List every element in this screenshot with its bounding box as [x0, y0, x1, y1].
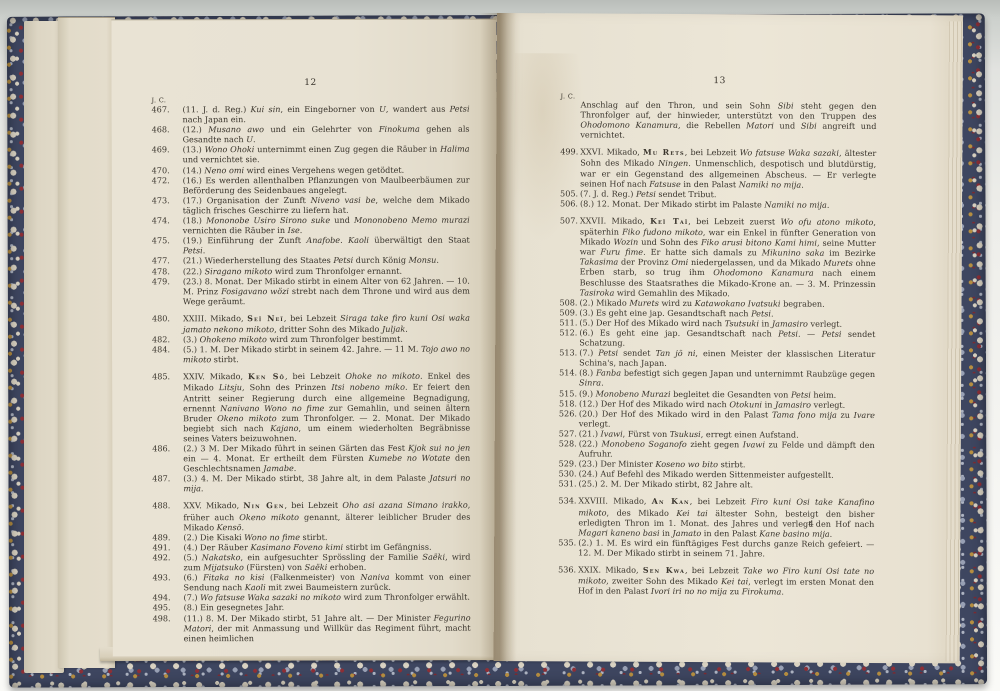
entry-number: 498. — [153, 613, 184, 643]
catalog-entry: 499.XXVI. Mikado, Mu Rets, bei Lebzeit W… — [560, 147, 876, 190]
entry-text: (14.) Neno omi wird eines Vergehens wege… — [183, 164, 470, 175]
continuation-paragraph: Anschlag auf den Thron, und sein Sohn Si… — [580, 99, 876, 141]
entry-text: (12.) Musano awo und ein Gelehrter von F… — [183, 124, 470, 145]
entry-number: 526. — [559, 408, 579, 428]
entry-text: (3.) Ohokeno mikoto wird zum Thronfolger… — [183, 334, 470, 345]
entry-text: (3.) 4. M. Der Mikado stirbt, 38 Jahre a… — [183, 473, 470, 494]
entry-text: XXVII. Mikado, Keï Taï, bei Lebzeit zuer… — [580, 215, 876, 298]
entry-number: 489. — [152, 532, 183, 542]
entry-text: (13.) Wono Ohoki unternimmt einen Zug ge… — [183, 144, 470, 165]
catalog-entry: 468.(12.) Musano awo und ein Gelehrter v… — [152, 124, 470, 145]
entry-number: 535. — [558, 537, 578, 557]
entry-number: 506. — [560, 198, 580, 208]
right-entries-container: 499.XXVI. Mikado, Mu Rets, bei Lebzeit W… — [558, 147, 876, 598]
entry-number: 508. — [559, 297, 579, 307]
catalog-entry: 474.(18.) Mononobe Usiro Sirono suke und… — [152, 215, 470, 236]
catalog-entry: 526.(20.) Der Hof des Mikado wird in den… — [559, 408, 875, 430]
catalog-entry: 487.(3.) 4. M. Der Mikado stirbt, 38 Jah… — [152, 473, 470, 494]
entry-text: (8.) Fanba befestigt sich gegen Japan un… — [579, 368, 875, 390]
entry-text: XXVI. Mikado, Mu Rets, bei Lebzeit Wo fa… — [580, 147, 876, 190]
entry-text: XXVIII. Mikado, An Kan, bei Lebzeit Firo… — [578, 496, 874, 539]
entry-number: 514. — [559, 368, 579, 388]
entry-text: XXIII. Mikado, Seï Neï, bei Lebzeit Sira… — [183, 313, 470, 335]
entry-text: (7.) Petsi sendet Tan jö ni, einen Meist… — [579, 348, 875, 370]
catalog-entry: 492.(5.) Nakatsko, ein aufgesuchter Sprö… — [152, 552, 470, 573]
catalog-entry: 491.(4.) Der Räuber Kasimano Foveno kimi… — [152, 541, 470, 552]
catalog-entry: 485.XXIV. Mikado, Ken Sō, bei Lebzeit Oh… — [152, 371, 470, 443]
catalog-entry: 506.(8.) 12. Monat. Der Mikado stirbt im… — [560, 198, 876, 210]
entry-text: (8.) Ein gesegnetes Jahr. — [184, 602, 471, 613]
entry-text: (16.) Es werden allenthalben Pflanzungen… — [183, 174, 470, 195]
entry-number: 479. — [152, 276, 183, 306]
left-page: 12 J. C. 467.(11. J. d. Reg.) Kui sin, e… — [111, 19, 497, 657]
entry-text: (2.) 3 M. Der Mikado führt in seinen Gär… — [183, 443, 470, 474]
entry-text: (23.) 8. Monat. Der Mikado stirbt in ein… — [183, 275, 470, 306]
entry-number: 487. — [152, 474, 183, 494]
entry-number: 488. — [152, 501, 183, 532]
catalog-entry: 488.XXV. Mikado, Nin Gen, bei Lebzeit Oh… — [152, 500, 470, 532]
catalog-entry: 536.XXIX. Mikado, Sen Kwa, bei Lebzeit T… — [558, 564, 874, 597]
entry-number: 494. — [153, 593, 184, 603]
entry-text: (17.) Organisation der Zunft Niveno vasi… — [183, 194, 470, 215]
entry-number: 477. — [152, 256, 183, 266]
catalog-entry: 498.(11.) 8. M. Der Mikado stirbt, 51 Ja… — [153, 612, 471, 643]
catalog-entry: 534.XXVIII. Mikado, An Kan, bei Lebzeit … — [558, 496, 874, 539]
catalog-entry: 478.(22.) Siragano mikoto wird zum Thron… — [152, 265, 470, 276]
catalog-entry: 507.XXVII. Mikado, Keï Taï, bei Lebzeit … — [560, 215, 876, 298]
entry-number: 536. — [558, 564, 578, 595]
entry-number: 512. — [559, 327, 579, 347]
catalog-entry: 470.(14.) Neno omi wird eines Vergehens … — [152, 164, 470, 175]
entry-number: 493. — [152, 572, 183, 592]
entry-number: 528. — [559, 438, 579, 458]
catalog-entry: 477.(21.) Wiederherstellung des Staates … — [152, 255, 470, 266]
catalog-entry: 513.(7.) Petsi sendet Tan jö ni, einen M… — [559, 347, 875, 369]
entry-number: 467. — [152, 104, 183, 124]
entry-number: 534. — [558, 496, 578, 537]
entry-number: 480. — [152, 313, 183, 334]
catalog-entry: 528.(22.) Monobeno Soganofo zieht gegen … — [559, 438, 875, 460]
catalog-entry: 531.(25.) 2. M. Der Mikado stirbt, 82 Ja… — [559, 479, 875, 491]
catalog-entry: 473.(17.) Organisation der Zunft Niveno … — [152, 194, 470, 215]
entry-text: (25.) 2. M. Der Mikado stirbt, 82 Jahre … — [579, 479, 875, 491]
entry-number: 499. — [560, 147, 580, 188]
entry-number: 482. — [152, 334, 183, 344]
entry-text: (2.) Die Kisaki Wono no fime stirbt. — [183, 531, 470, 542]
entry-number: 486. — [152, 443, 183, 473]
entry-number: 507. — [560, 215, 580, 297]
entry-number: 468. — [152, 124, 183, 144]
entry-number: 527. — [559, 428, 579, 438]
entry-text: (18.) Mononobe Usiro Sirono suke und Mon… — [183, 215, 470, 236]
entry-text: (6.) Es geht eine jap. Gesandtschaft nac… — [579, 327, 875, 349]
entry-text: (20.) Der Hof des Mikado wird in den Pal… — [579, 408, 875, 430]
catalog-entry: 512.(6.) Es geht eine jap. Gesandtschaft… — [559, 327, 875, 349]
entry-text: XXV. Mikado, Nin Gen, bei Lebzeit Oho as… — [183, 500, 470, 532]
entry-text: (6.) Fitaka no kisi (Falkenmeister) von … — [183, 572, 470, 593]
entry-text: (11. J. d. Reg.) Kui sin, ein Eingeborne… — [183, 104, 470, 125]
entry-text: XXIV. Mikado, Ken Sō, bei Lebzeit Ohoke … — [183, 371, 470, 443]
entry-number: 473. — [152, 195, 183, 215]
entry-text: (21.) Wiederherstellung des Staates Pets… — [183, 255, 470, 266]
entry-number: 505. — [560, 188, 580, 198]
catalog-entry: 495.(8.) Ein gesegnetes Jahr. — [153, 602, 471, 613]
entry-text: (22.) Siragano mikoto wird zum Thronfolg… — [183, 265, 470, 276]
entry-number: 485. — [152, 372, 183, 444]
catalog-entry: 469.(13.) Wono Ohoki unternimmt einen Zu… — [152, 144, 470, 165]
running-head-left: J. C. — [151, 96, 166, 104]
catalog-entry: 475.(19.) Einführung der Zunft Anafobe. … — [152, 235, 470, 256]
catalog-entry: 486.(2.) 3 M. Der Mikado führt in seinen… — [152, 443, 470, 474]
entry-number: 484. — [152, 344, 183, 364]
entry-number: 529. — [559, 459, 579, 469]
entry-text: (5.) 1. M. Der Mikado stirbt in seinem 4… — [183, 344, 470, 365]
entry-text: (19.) Einführung der Zunft Anafobe. Kaol… — [183, 235, 470, 256]
photo-background: { "colors": { "paper": "#e9e3d4", "cover… — [0, 0, 1000, 691]
entry-number: 531. — [559, 479, 579, 489]
page-number-right: 13 — [561, 75, 879, 87]
entry-number: 530. — [559, 469, 579, 479]
entry-number: 470. — [152, 165, 183, 175]
entry-text: (5.) Nakatsko, ein aufgesuchter Sprössli… — [183, 552, 470, 573]
entry-number: 513. — [559, 347, 579, 367]
entry-number: 469. — [152, 145, 183, 165]
catalog-entry: 493.(6.) Fitaka no kisi (Falkenmeister) … — [152, 572, 470, 593]
entry-text: (11.) 8. M. Der Mikado stirbt, 51 Jahre … — [184, 612, 471, 643]
catalog-entry: 480.XXIII. Mikado, Seï Neï, bei Lebzeit … — [152, 313, 470, 335]
entry-number: 492. — [152, 552, 183, 572]
entry-text: (4.) Der Räuber Kasimano Foveno kimi sti… — [183, 541, 470, 552]
left-page-stack-edge — [58, 17, 115, 668]
right-entries-list: Anschlag auf den Thron, und sein Sohn Si… — [558, 99, 877, 597]
entry-number: 474. — [152, 215, 183, 235]
catalog-entry: 535.(2.) 1. M. Es wird ein fünftägiges F… — [558, 537, 874, 559]
entry-number: 478. — [152, 266, 183, 276]
entry-number: 491. — [152, 542, 183, 552]
entry-text: (8.) 12. Monat. Der Mikado stirbt im Pal… — [580, 198, 876, 210]
page-number-left: 12 — [151, 78, 469, 89]
entry-number: 509. — [559, 307, 579, 317]
catalog-entry: 484.(5.) 1. M. Der Mikado stirbt in sein… — [152, 344, 470, 365]
catalog-entry: 467.(11. J. d. Reg.) Kui sin, ein Eingeb… — [152, 104, 470, 125]
right-page: 13 J. C. Anschlag auf den Thron, und sei… — [494, 13, 963, 663]
catalog-entry: 514.(8.) Fanba befestigt sich gegen Japa… — [559, 368, 875, 390]
entry-text: XXIX. Mikado, Sen Kwa, bei Lebzeit Take … — [578, 564, 874, 597]
catalog-entry: 479.(23.) 8. Monat. Der Mikado stirbt in… — [152, 275, 470, 306]
catalog-entry: 494.(7.) Wo fatsuse Waka sazaki no mikot… — [153, 592, 471, 603]
catalog-entry: 489.(2.) Die Kisaki Wono no fime stirbt. — [152, 531, 470, 542]
entry-number: 472. — [152, 175, 183, 195]
signature-mark: 4 — [808, 520, 813, 530]
entry-number: 511. — [559, 317, 579, 327]
catalog-entry: 482.(3.) Ohokeno mikoto wird zum Thronfo… — [152, 334, 470, 345]
entry-text: (2.) 1. M. Es wird ein fünftägiges Fest … — [578, 537, 874, 559]
entry-number: 495. — [153, 603, 184, 613]
entry-number: 515. — [559, 388, 579, 398]
entry-number: 518. — [559, 398, 579, 408]
entry-text: (22.) Monobeno Soganofo zieht gegen Ivaw… — [579, 438, 875, 460]
catalog-entry: 472.(16.) Es werden allenthalben Pflanzu… — [152, 174, 470, 195]
left-entries-list: 467.(11. J. d. Reg.) Kui sin, ein Eingeb… — [152, 104, 471, 643]
entry-number: 475. — [152, 235, 183, 255]
entry-text: (7.) Wo fatsuse Waka sazaki no mikoto wi… — [184, 592, 471, 603]
